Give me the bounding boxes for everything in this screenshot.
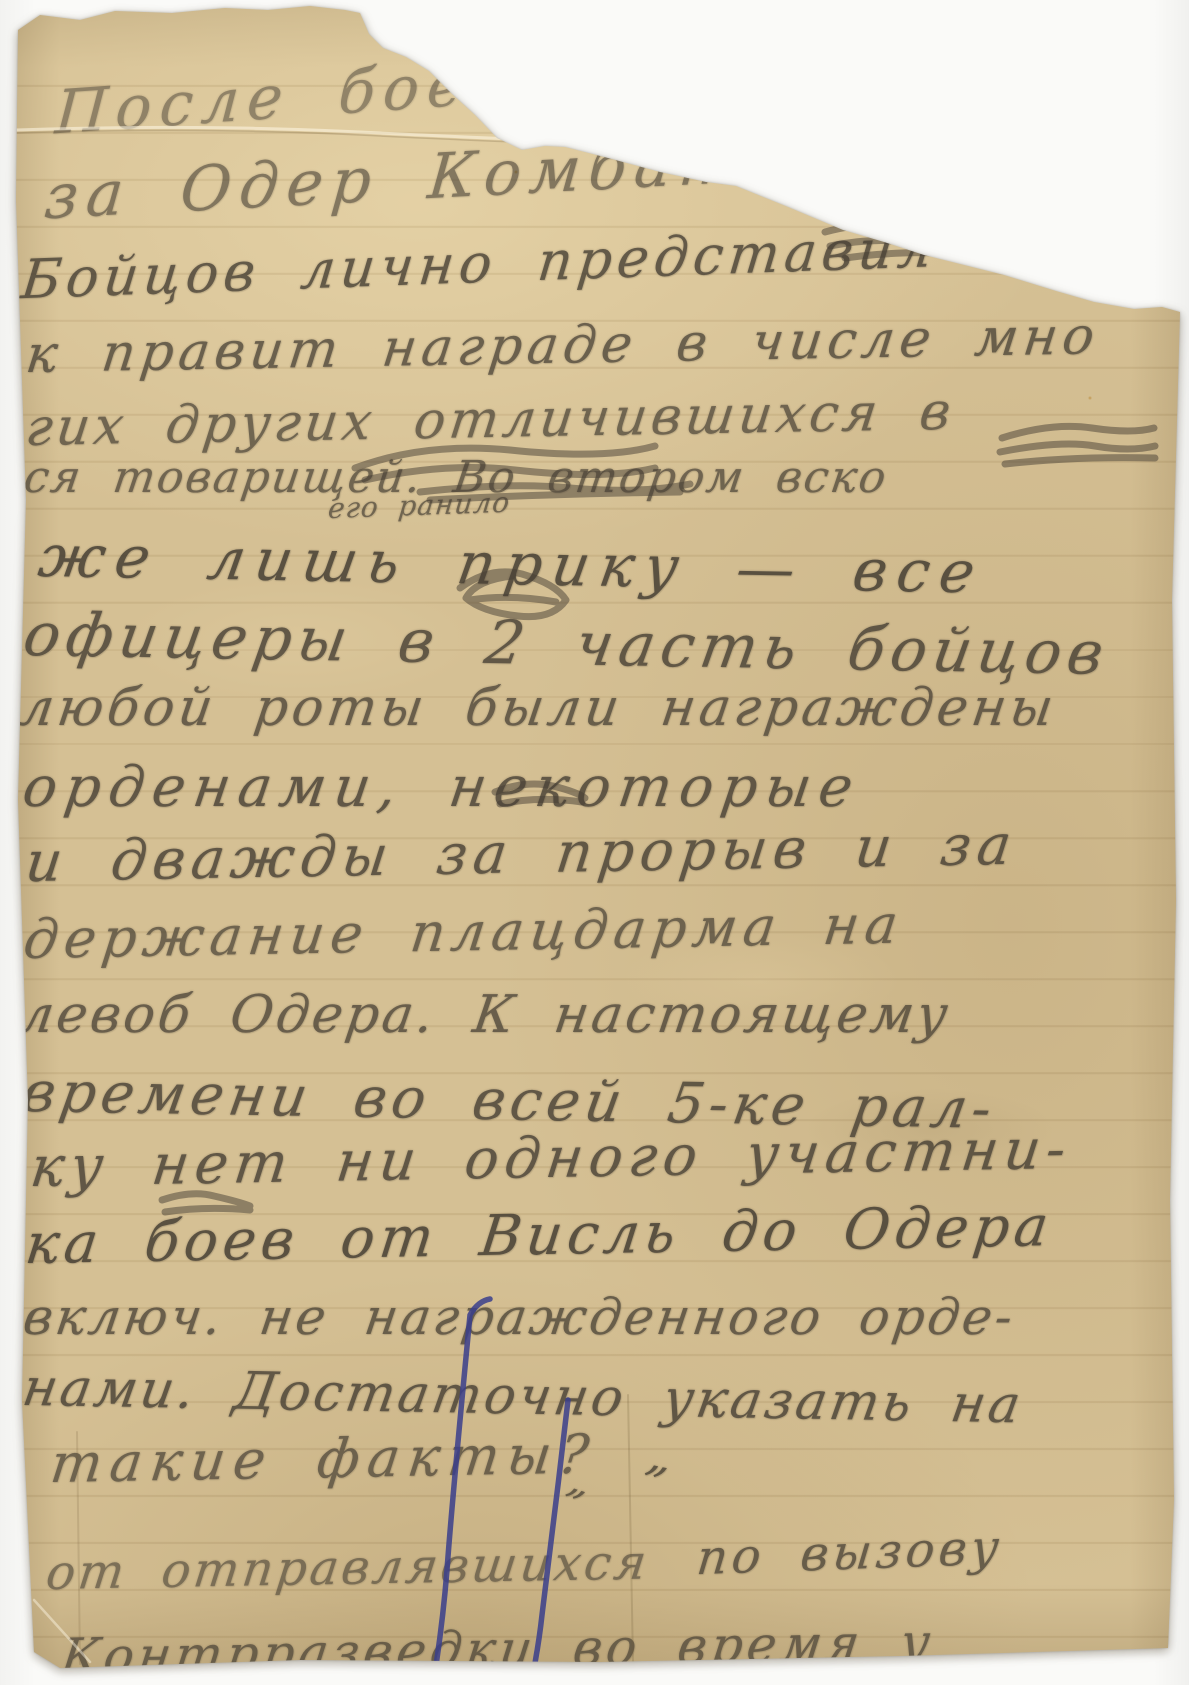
pencil-scribble-crossout [355, 446, 690, 500]
pencil-scribble-crossout [460, 572, 566, 617]
paper-shadow: После боев каза Одер Комбат воБойцов лич… [0, 0, 1189, 1685]
paper-crease [77, 1432, 80, 1664]
pencil-scribble-crossout [825, 225, 983, 258]
blue-pen-stroke [433, 1299, 490, 1685]
pen-and-pencil-marks [0, 0, 1189, 1685]
blue-pen-stroke [531, 1400, 568, 1685]
paper-crease [628, 1395, 633, 1662]
pencil-scribble-crossout [162, 1194, 250, 1212]
pencil-scribble-crossout [495, 784, 585, 804]
paper-crease [34, 1600, 90, 1662]
manuscript-paper: После боев каза Одер Комбат воБойцов лич… [0, 0, 1189, 1685]
pencil-scribble-crossout [1000, 426, 1155, 464]
scanner-background: После боев каза Одер Комбат воБойцов лич… [0, 0, 1189, 1685]
scanned-document-page: { "document": { "kind": "handwritten man… [0, 0, 1189, 1685]
paper-crease [16, 127, 560, 140]
